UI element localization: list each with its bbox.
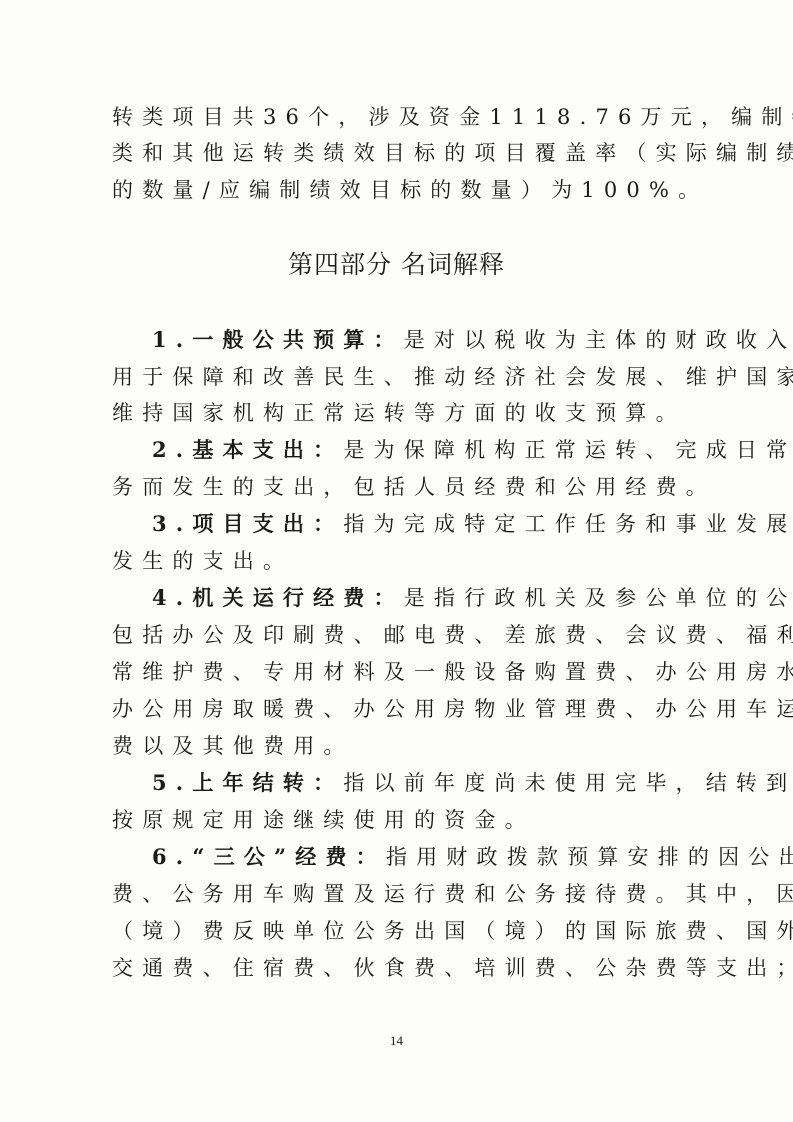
term-3-first-line: 3.项目支出：指为完成特定工作任务和事业发展目标所: [152, 511, 712, 537]
term-4-line-3: 常维护费、专用材料及一般设备购置费、办公用房水电费、: [112, 659, 672, 685]
term-5-text: 指以前年度尚未使用完毕，结转到本年仍: [343, 771, 793, 795]
page-number: 14: [0, 1033, 793, 1049]
term-6-line-3: （境）费反映单位公务出国（境）的国际旅费、国外城市间: [112, 918, 672, 944]
term-3-text: 指为完成特定工作任务和事业发展目标所: [343, 512, 793, 536]
intro-line-3: 的数量/应编制绩效目标的数量）为100%。: [112, 177, 672, 203]
term-3-line-2: 发生的支出。: [112, 548, 672, 574]
term-5-title: 5.上年结转：: [152, 770, 343, 795]
term-4-text: 是指行政机关及参公单位的公用经费，: [404, 586, 793, 610]
term-5-first-line: 5.上年结转：指以前年度尚未使用完毕，结转到本年仍: [152, 770, 712, 796]
term-1-line-2: 用于保障和改善民生、推动经济社会发展、维护国家安全、: [112, 364, 672, 390]
term-6-first-line: 6.“三公”经费：指用财政拨款预算安排的因公出国（境）: [152, 844, 712, 870]
term-6-text: 指用财政拨款预算安排的因公出国（境）: [386, 845, 793, 869]
term-4-title: 4.机关运行经费：: [152, 585, 404, 610]
term-3-title: 3.项目支出：: [152, 511, 343, 536]
term-2-title: 2.基本支出：: [152, 437, 343, 462]
term-1-text: 是对以税收为主体的财政收入，安排: [404, 328, 793, 352]
section-heading: 第四部分 名词解释: [0, 250, 793, 280]
term-4-line-5: 费以及其他费用。: [112, 733, 672, 759]
intro-line-2: 类和其他运转类绩效目标的项目覆盖率（实际编制绩效目标: [112, 140, 672, 166]
term-5-line-2: 按原规定用途继续使用的资金。: [112, 807, 672, 833]
term-4-line-4: 办公用房取暖费、办公用房物业管理费、办公用车运行维护: [112, 696, 672, 722]
intro-line-1: 转类项目共36个，涉及资金1118.76万元，编制特定目标: [112, 104, 672, 130]
term-6-line-2: 费、公务用车购置及运行费和公务接待费。其中，因公出国: [112, 881, 672, 907]
term-1-first-line: 1.一般公共预算：是对以税收为主体的财政收入，安排: [152, 327, 712, 353]
term-1-title: 1.一般公共预算：: [152, 327, 404, 352]
term-2-line-2: 务而发生的支出，包括人员经费和公用经费。: [112, 474, 672, 500]
document-page: 转类项目共36个，涉及资金1118.76万元，编制特定目标 类和其他运转类绩效目…: [0, 0, 793, 1122]
term-2-first-line: 2.基本支出：是为保障机构正常运转、完成日常工作任: [152, 437, 712, 463]
term-6-line-4: 交通费、住宿费、伙食费、培训费、公杂费等支出；公务用: [112, 955, 672, 981]
term-6-title: 6.“三公”经费：: [152, 844, 386, 869]
term-4-first-line: 4.机关运行经费：是指行政机关及参公单位的公用经费，: [152, 585, 712, 611]
term-4-line-2: 包括办公及印刷费、邮电费、差旅费、会议费、福利费、日: [112, 622, 672, 648]
term-1-line-3: 维持国家机构正常运转等方面的收支预算。: [112, 400, 672, 426]
term-2-text: 是为保障机构正常运转、完成日常工作任: [343, 438, 793, 462]
